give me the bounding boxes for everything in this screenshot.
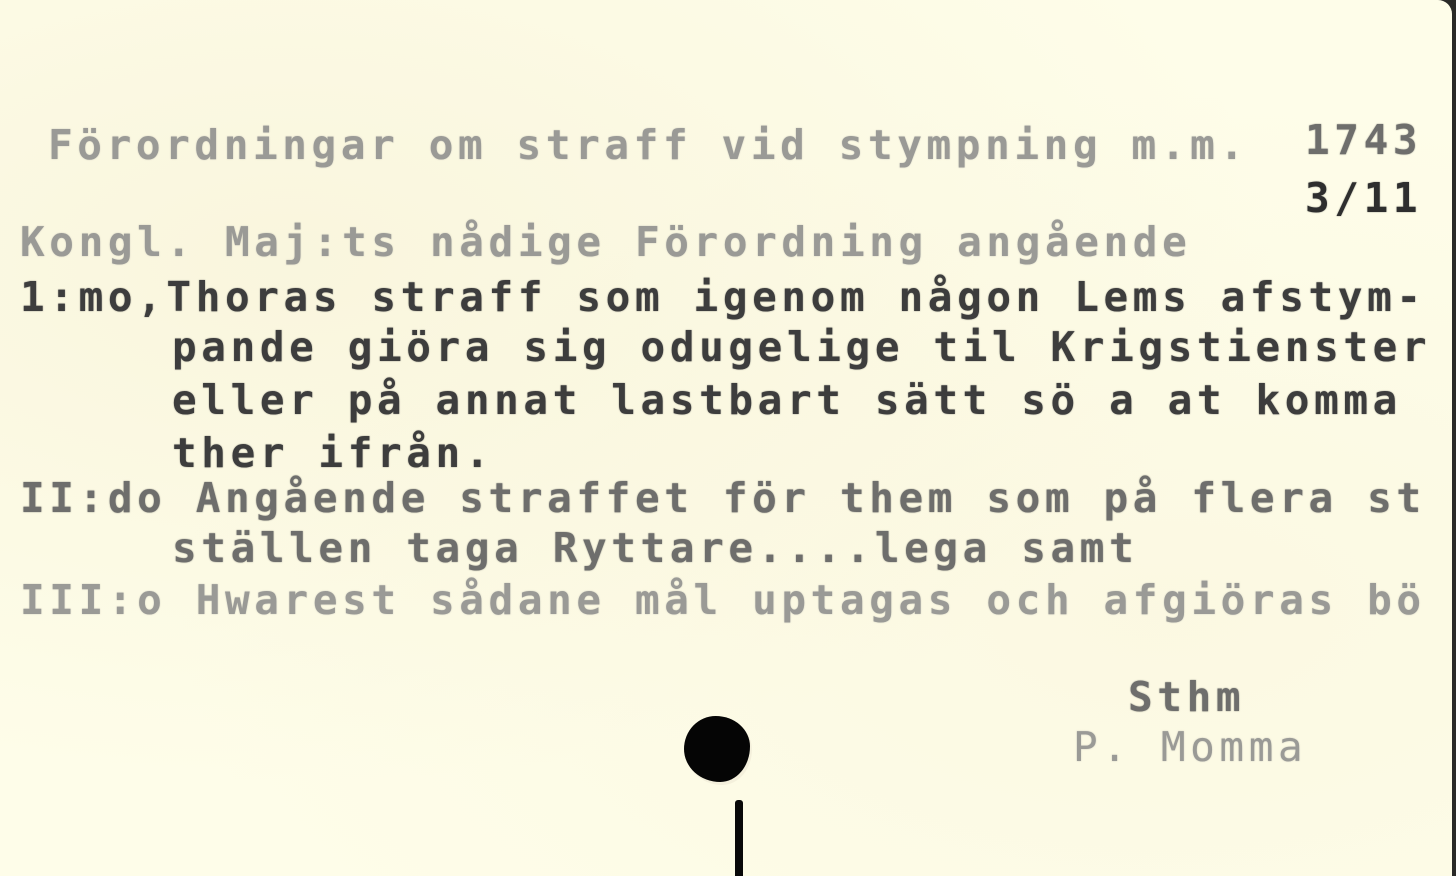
- item-2-line-2: ställen taga Ryttare....lega samt: [172, 528, 1138, 569]
- item-2-line-1: II:do Angående straffet för them som på …: [20, 478, 1426, 519]
- signature: P. Momma: [1073, 727, 1307, 768]
- punch-hole: [684, 716, 750, 782]
- place-name: Sthm: [1128, 677, 1245, 718]
- date-year: 1743: [1305, 120, 1422, 161]
- index-card: Förordningar om straff vid stympning m.m…: [0, 0, 1452, 876]
- item-1-line-4: ther ifrån.: [172, 433, 494, 474]
- item-1-line-3: eller på annat lastbart sätt sö a at kom…: [172, 380, 1402, 421]
- ordinance-heading: Kongl. Maj:ts nådige Förordning angående: [20, 222, 1191, 263]
- item-1-line-1: 1:mo,Thoras straff som igenom någon Lems…: [20, 277, 1426, 318]
- binding-thread: [735, 800, 743, 876]
- item-3-line-1: III:o Hwarest sådane mål uptagas och afg…: [20, 580, 1426, 621]
- card-title: Förordningar om straff vid stympning m.m…: [48, 125, 1249, 166]
- date-day-month: 3/11: [1305, 178, 1422, 219]
- item-1-line-2: pande giöra sig odugelige til Krigstiens…: [172, 327, 1431, 368]
